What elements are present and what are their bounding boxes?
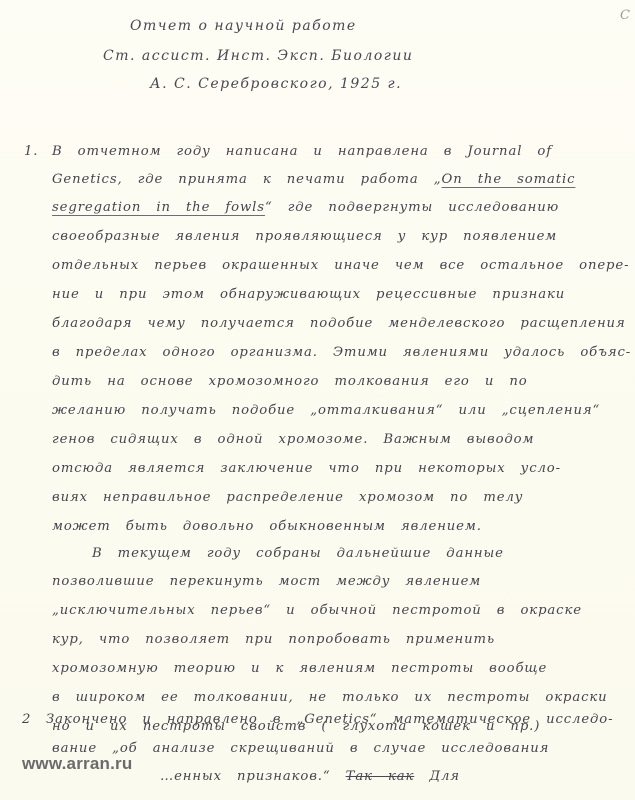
watermark: www.arran.ru: [22, 754, 132, 774]
text-line: Genetics, где принята к печати работа „O…: [52, 172, 575, 187]
text-line: в широком ее толковании, не только их пе…: [52, 690, 608, 705]
text-line: генов сидящих в одной хромозоме. Важным …: [52, 432, 534, 447]
text-segment: Для: [429, 769, 460, 784]
text-line: благодаря чему получается подобие мендел…: [52, 316, 626, 331]
text-segment: …енных признаков.“: [160, 769, 331, 784]
text-segment: “ где подвергнуты исследованию: [265, 200, 559, 215]
text-line: „исключительных перьев“ и обычной пестро…: [52, 603, 582, 618]
text-line: в пределах одного организма. Этими явлен…: [52, 345, 631, 360]
text-line: своеобразные явления проявляющиеся у кур…: [52, 229, 557, 244]
section-number: 2: [22, 712, 31, 727]
header-position: Ст. ассист. Инст. Эксп. Биологии: [103, 48, 413, 64]
text-line: может быть довольно обыкновенным явление…: [52, 519, 482, 534]
corner-mark: С: [620, 8, 634, 30]
text-line: виях неправильное распределение хромозом…: [52, 490, 523, 505]
text-line: позволившие перекинуть мост между явлени…: [52, 574, 481, 589]
text-line: дить на основе хромозомного толкования е…: [52, 374, 528, 389]
section-number: 1.: [24, 144, 38, 159]
text-line: отсюда является заключение что при некот…: [52, 461, 561, 476]
document-page: С Отчет о научной работе Ст. ассист. Инс…: [0, 0, 635, 800]
text-line: желанию получать подобие „отталкивания“ …: [52, 403, 600, 418]
text-segment: Genetics, где принята к печати работа „: [52, 172, 442, 187]
header-title: Отчет о научной работе: [130, 18, 357, 34]
text-line: отдельных перьев окрашенных иначе чем вс…: [52, 258, 629, 273]
text-line: ние и при этом обнаруживающих рецессивны…: [52, 287, 565, 302]
text-line: Закончено и направлено в „Genetics“ мате…: [46, 712, 614, 727]
text-line: хромозомную теорию и к явлениям пестроты…: [52, 661, 547, 676]
underlined-title: On the somatic: [442, 172, 576, 187]
text-line: segregation in the fowls“ где подвергнут…: [52, 200, 559, 215]
text-line: кур, что позволяет при попробовать приме…: [52, 632, 495, 647]
struck-text: Так как: [346, 769, 415, 784]
text-line: В отчетном году написана и направлена в …: [52, 144, 552, 159]
underlined-title: segregation in the fowls: [52, 200, 265, 215]
text-line: …енных признаков.“ Так как Для: [160, 769, 460, 784]
header-author: А. С. Серебровского, 1925 г.: [150, 76, 402, 92]
paragraph-start: В текущем году собраны дальнейшие данные: [92, 546, 504, 561]
